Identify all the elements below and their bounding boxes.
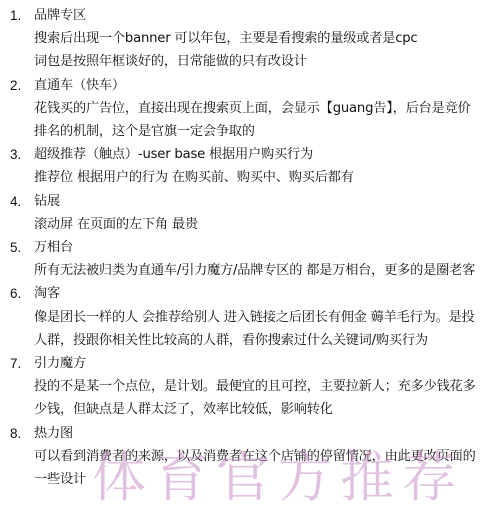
list-item-8: 8. 热力图 可以看到消费者的来源，以及消费者在这个店铺的停留情况，由此更改页面…: [0, 422, 500, 492]
list-item-1: 1. 品牌专区 搜索后出现一个banner 可以年包，主要是看搜索的量级或者是c…: [0, 4, 500, 74]
item-title: 引力魔方: [34, 352, 500, 375]
item-number: 7.: [10, 352, 30, 375]
item-line: 推荐位 根据用户的行为 在购买前、购买中、购买后都有: [34, 166, 500, 189]
item-line: 投的不是某一个点位，是计划。最便宜的且可控，主要拉新人；充多少钱花多: [34, 375, 500, 398]
list-item-5: 5. 万相台 所有无法被归类为直通车/引力魔方/品牌专区的 都是万相台，更多的是…: [0, 236, 500, 282]
item-title: 万相台: [34, 236, 500, 259]
list-item-6: 6. 淘客 像是团长一样的人 会推荐给别人 进入链接之后团长有佣金 薅羊毛行为。…: [0, 282, 500, 352]
item-line: 搜索后出现一个banner 可以年包，主要是看搜索的量级或者是cpc: [34, 27, 500, 50]
list-item-7: 7. 引力魔方 投的不是某一个点位，是计划。最便宜的且可控，主要拉新人；充多少钱…: [0, 352, 500, 422]
numbered-list: 1. 品牌专区 搜索后出现一个banner 可以年包，主要是看搜索的量级或者是c…: [0, 4, 500, 491]
list-item-3: 3. 超级推荐（触点）-user base 根据用户购买行为 推荐位 根据用户的…: [0, 143, 500, 189]
item-line: 排名的机制，这个是官旗一定会争取的: [34, 120, 500, 143]
item-line: 一些设计: [34, 468, 500, 491]
list-item-2: 2. 直通车（快车） 花钱买的广告位，直接出现在搜索页上面，会显示【guang告…: [0, 74, 500, 144]
item-number: 5.: [10, 236, 30, 259]
item-title: 钻展: [34, 190, 500, 213]
item-number: 4.: [10, 190, 30, 213]
item-line: 词包是按照年框谈好的，日常能做的只有改设计: [34, 50, 500, 73]
item-title: 淘客: [34, 282, 500, 305]
item-line: 所有无法被归类为直通车/引力魔方/品牌专区的 都是万相台，更多的是圈老客: [34, 259, 500, 282]
item-number: 1.: [10, 4, 30, 27]
item-number: 8.: [10, 422, 30, 445]
item-line: 像是团长一样的人 会推荐给别人 进入链接之后团长有佣金 薅羊毛行为。是投: [34, 306, 500, 329]
item-number: 6.: [10, 282, 30, 305]
item-title: 超级推荐（触点）-user base 根据用户购买行为: [34, 143, 500, 166]
item-title: 热力图: [34, 422, 500, 445]
item-line: 可以看到消费者的来源，以及消费者在这个店铺的停留情况，由此更改页面的: [34, 445, 500, 468]
item-number: 2.: [10, 74, 30, 97]
item-line: 人群，投跟你相关性比较高的人群，看你搜索过什么关键词/购买行为: [34, 329, 500, 352]
item-line: 滚动屏 在页面的左下角 最贵: [34, 213, 500, 236]
item-title: 直通车（快车）: [34, 74, 500, 97]
item-line: 少钱，但缺点是人群太泛了，效率比较低，影响转化: [34, 398, 500, 421]
item-title: 品牌专区: [34, 4, 500, 27]
list-item-4: 4. 钻展 滚动屏 在页面的左下角 最贵: [0, 190, 500, 236]
item-line: 花钱买的广告位，直接出现在搜索页上面，会显示【guang告】，后台是竞价: [34, 97, 500, 120]
item-number: 3.: [10, 143, 30, 166]
